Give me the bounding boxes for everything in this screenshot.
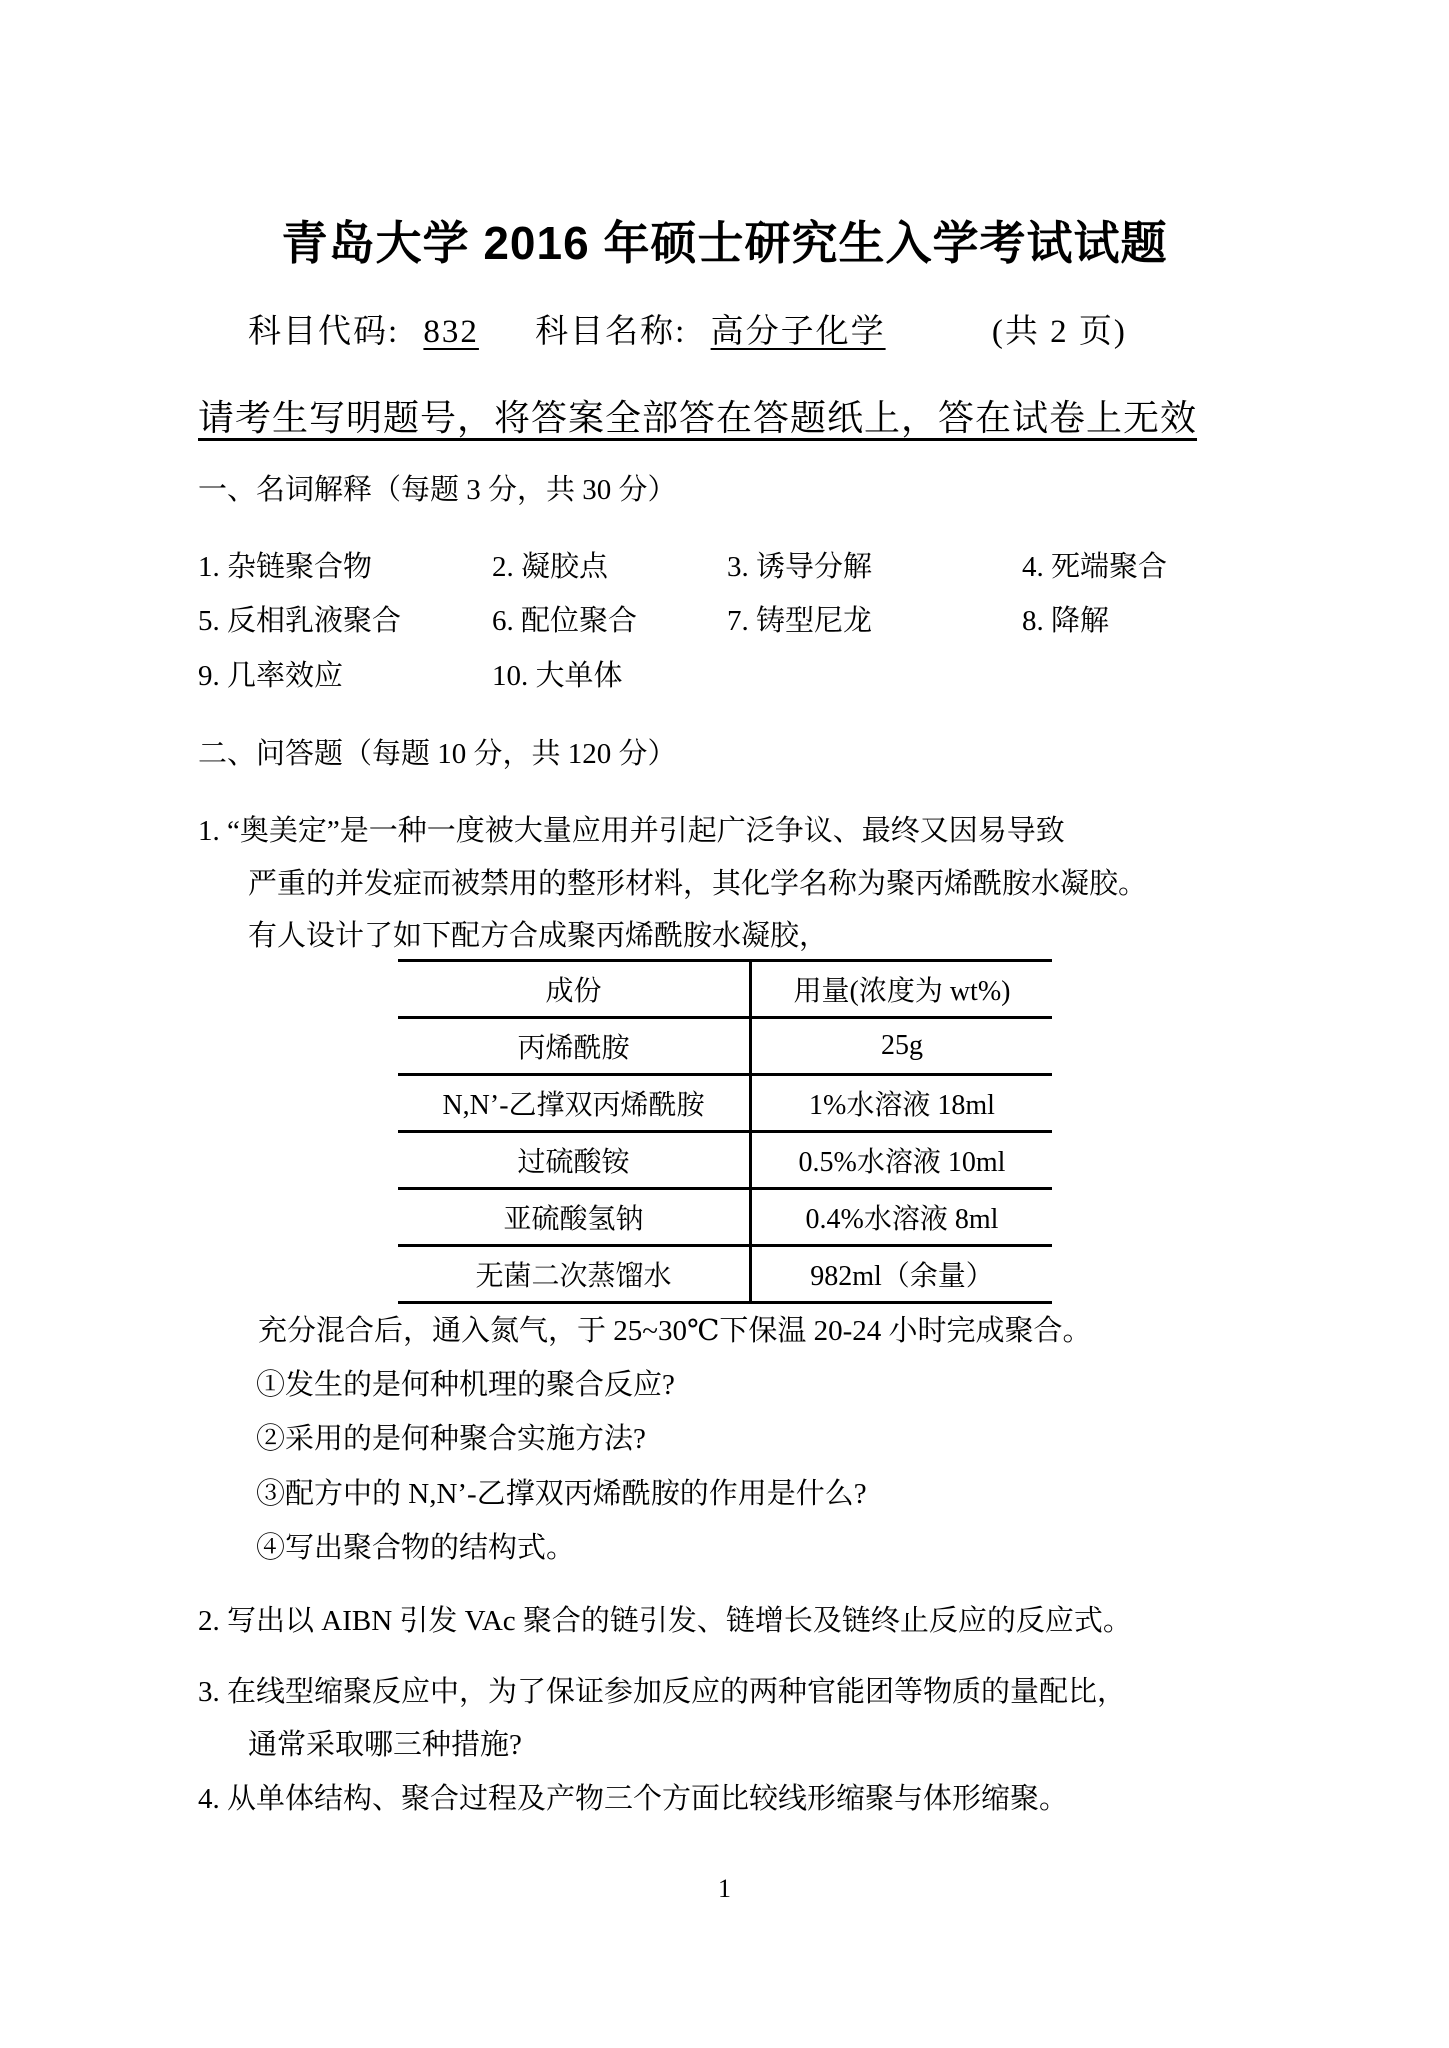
exam-title: 青岛大学 2016 年硕士研究生入学考试试题	[0, 220, 1449, 266]
term-item: 4. 死端聚合	[1022, 553, 1167, 582]
section1-heading: 一、名词解释（每题 3 分，共 30 分）	[198, 476, 677, 505]
table-cell: 无菌二次蒸馏水	[398, 1246, 751, 1303]
subject-line: 科目代码: 832 科目名称: 高分子化学 (共 2 页)	[248, 316, 1127, 349]
table-row: 过硫酸铵 0.5%水溶液 10ml	[398, 1132, 1052, 1189]
term-item: 2. 凝胶点	[492, 553, 608, 582]
q1-line: 严重的并发症而被禁用的整形材料，其化学名称为聚丙烯酰胺水凝胶。	[248, 870, 1147, 899]
recipe-table: 成份 用量(浓度为 wt%) 丙烯酰胺 25g N,N’-乙撑双丙烯酰胺 1%水…	[398, 959, 1052, 1304]
table-row: 亚硫酸氢钠 0.4%水溶液 8ml	[398, 1189, 1052, 1246]
table-header-row: 成份 用量(浓度为 wt%)	[398, 961, 1052, 1018]
table-cell: 亚硫酸氢钠	[398, 1189, 751, 1246]
table-row: 无菌二次蒸馏水 982ml（余量）	[398, 1246, 1052, 1303]
term-item: 9. 几率效应	[198, 662, 343, 691]
q4-text: 4. 从单体结构、聚合过程及产物三个方面比较线形缩聚与体形缩聚。	[198, 1785, 1068, 1814]
subject-name: 高分子化学	[711, 316, 886, 349]
q1-subquestion: ④写出聚合物的结构式。	[256, 1534, 575, 1563]
term-item: 6. 配位聚合	[492, 607, 637, 636]
subject-name-label: 科目名称:	[535, 316, 686, 349]
q1-subquestion: ③配方中的 N,N’-乙撑双丙烯酰胺的作用是什么?	[256, 1480, 867, 1509]
page-count: (共 2 页)	[992, 316, 1127, 349]
q1-subquestion: ①发生的是何种机理的聚合反应?	[256, 1371, 675, 1400]
table-cell: 25g	[751, 1018, 1053, 1075]
term-item: 5. 反相乳液聚合	[198, 607, 401, 636]
term-item: 8. 降解	[1022, 607, 1109, 636]
exam-notice: 请考生写明题号，将答案全部答在答题纸上，答在试卷上无效	[198, 400, 1197, 436]
q1-line: 1. “奥美定”是一种一度被大量应用并引起广泛争议、最终又因易导致	[198, 817, 1065, 846]
q3-line: 3. 在线型缩聚反应中，为了保证参加反应的两种官能团等物质的量配比，	[198, 1678, 1126, 1707]
table-cell: 1%水溶液 18ml	[751, 1075, 1053, 1132]
term-item: 1. 杂链聚合物	[198, 553, 372, 582]
subject-code-label: 科目代码:	[248, 316, 399, 349]
table-cell: 982ml（余量）	[751, 1246, 1053, 1303]
q1-line: 有人设计了如下配方合成聚丙烯酰胺水凝胶，	[248, 922, 828, 951]
table-cell: 0.5%水溶液 10ml	[751, 1132, 1053, 1189]
section2-heading: 二、问答题（每题 10 分，共 120 分）	[198, 740, 677, 769]
q2-text: 2. 写出以 AIBN 引发 VAc 聚合的链引发、链增长及链终止反应的反应式。	[198, 1607, 1132, 1636]
term-item: 10. 大单体	[492, 662, 623, 691]
table-cell: 0.4%水溶液 8ml	[751, 1189, 1053, 1246]
table-row: 丙烯酰胺 25g	[398, 1018, 1052, 1075]
table-cell: N,N’-乙撑双丙烯酰胺	[398, 1075, 751, 1132]
q1-conditions: 充分混合后，通入氮气，于 25~30℃下保温 20-24 小时完成聚合。	[258, 1317, 1092, 1346]
subject-code: 832	[423, 316, 479, 349]
term-item: 3. 诱导分解	[727, 553, 872, 582]
q3-line: 通常采取哪三种措施?	[248, 1731, 522, 1760]
term-item: 7. 铸型尼龙	[727, 607, 872, 636]
table-cell: 过硫酸铵	[398, 1132, 751, 1189]
q1-subquestion: ②采用的是何种聚合实施方法?	[256, 1425, 646, 1454]
table-header: 用量(浓度为 wt%)	[751, 961, 1053, 1018]
table-header: 成份	[398, 961, 751, 1018]
page-number: 1	[0, 1876, 1449, 1902]
table-cell: 丙烯酰胺	[398, 1018, 751, 1075]
table-row: N,N’-乙撑双丙烯酰胺 1%水溶液 18ml	[398, 1075, 1052, 1132]
